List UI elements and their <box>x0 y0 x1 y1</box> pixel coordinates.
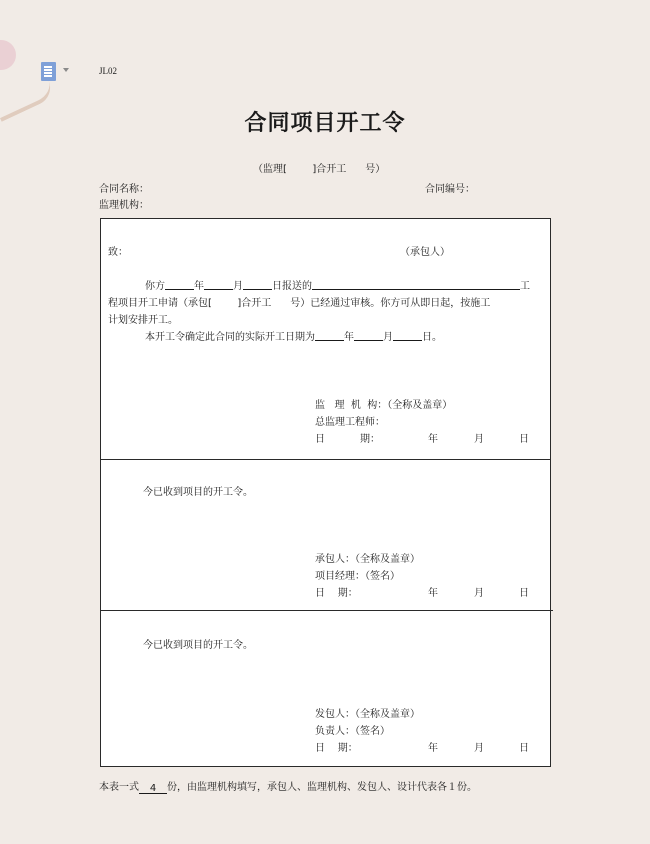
day-label: 日 <box>519 584 529 599</box>
date-label: 日 期： <box>315 430 380 445</box>
page-title: 合同项目开工令 <box>0 106 650 137</box>
section-divider <box>100 610 553 611</box>
order-paragraph-line3: 计划安排开工。 <box>108 311 178 326</box>
responsible-person-sign: 负责人：（签名） <box>315 722 390 737</box>
year-label: 年 <box>428 739 438 754</box>
supervisor-org-label: 监理机构： <box>99 196 149 211</box>
order-paragraph-line1: 你方年月日报送的工 <box>145 277 530 292</box>
start-date-paragraph: 本开工令确定此合同的实际开工日期为年月日。 <box>145 328 442 343</box>
date-label: 日 期： <box>315 739 358 754</box>
year-label: 年 <box>428 430 438 445</box>
contract-name-label: 合同名称： <box>99 180 149 195</box>
chevron-down-icon[interactable] <box>63 68 69 72</box>
supervisor-org-sign: 监 理 机 构：（全称及盖章） <box>315 396 452 411</box>
month-label: 月 <box>474 739 484 754</box>
contractor-hint: （承包人） <box>400 243 450 258</box>
contractor-sign: 承包人：（全称及盖章） <box>315 550 420 565</box>
to-label: 致： <box>108 243 128 258</box>
document-icon[interactable] <box>41 62 56 81</box>
project-manager-sign: 项目经理：（签名） <box>315 567 400 582</box>
day-label: 日 <box>519 430 529 445</box>
document-number: （监理[ ]合开工 号） <box>253 160 385 175</box>
received-text: 今已收到项目的开工令。 <box>143 636 253 651</box>
chief-engineer-sign: 总监理工程师： <box>315 413 385 428</box>
year-label: 年 <box>428 584 438 599</box>
order-paragraph-line2: 程项目开工申请（承包[ ]合开工 号）已经通过审核。你方可从即日起，按施工 <box>108 294 490 309</box>
month-label: 月 <box>474 584 484 599</box>
received-text: 今已收到项目的开工令。 <box>143 483 253 498</box>
background-flower-decoration <box>0 40 16 70</box>
section-divider <box>100 459 551 460</box>
date-label: 日 期： <box>315 584 358 599</box>
copies-count: 4 <box>139 783 167 794</box>
day-label: 日 <box>519 739 529 754</box>
contract-no-label: 合同编号： <box>425 180 475 195</box>
employer-sign: 发包人：（全称及盖章） <box>315 705 420 720</box>
month-label: 月 <box>474 430 484 445</box>
form-code: JL02 <box>99 66 117 76</box>
footer-note: 本表一式4份，由监理机构填写，承包人、监理机构、发包人、设计代表各１份。 <box>99 778 477 794</box>
